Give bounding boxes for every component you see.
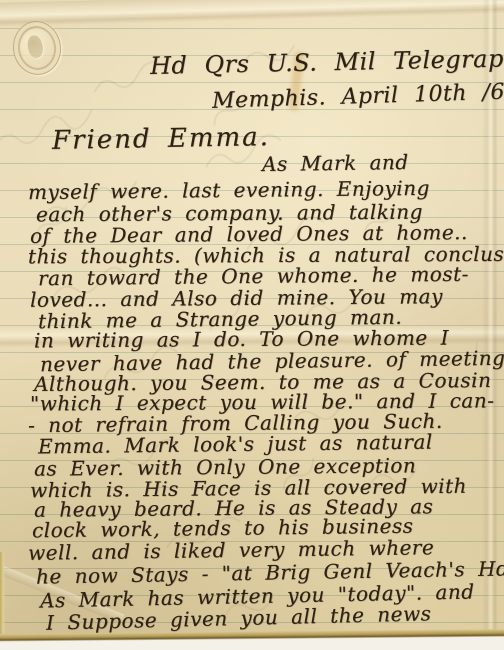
letter-scan: Hd Qrs U.S. Mil Telegraph. Memphis. Apri…	[0, 0, 504, 650]
letter-paper: Hd Qrs U.S. Mil Telegraph. Memphis. Apri…	[0, 0, 504, 650]
under-sheet-left-edge	[0, 552, 5, 638]
salutation: Friend Emma.	[52, 122, 270, 156]
letter-line: As Mark and	[262, 150, 409, 176]
